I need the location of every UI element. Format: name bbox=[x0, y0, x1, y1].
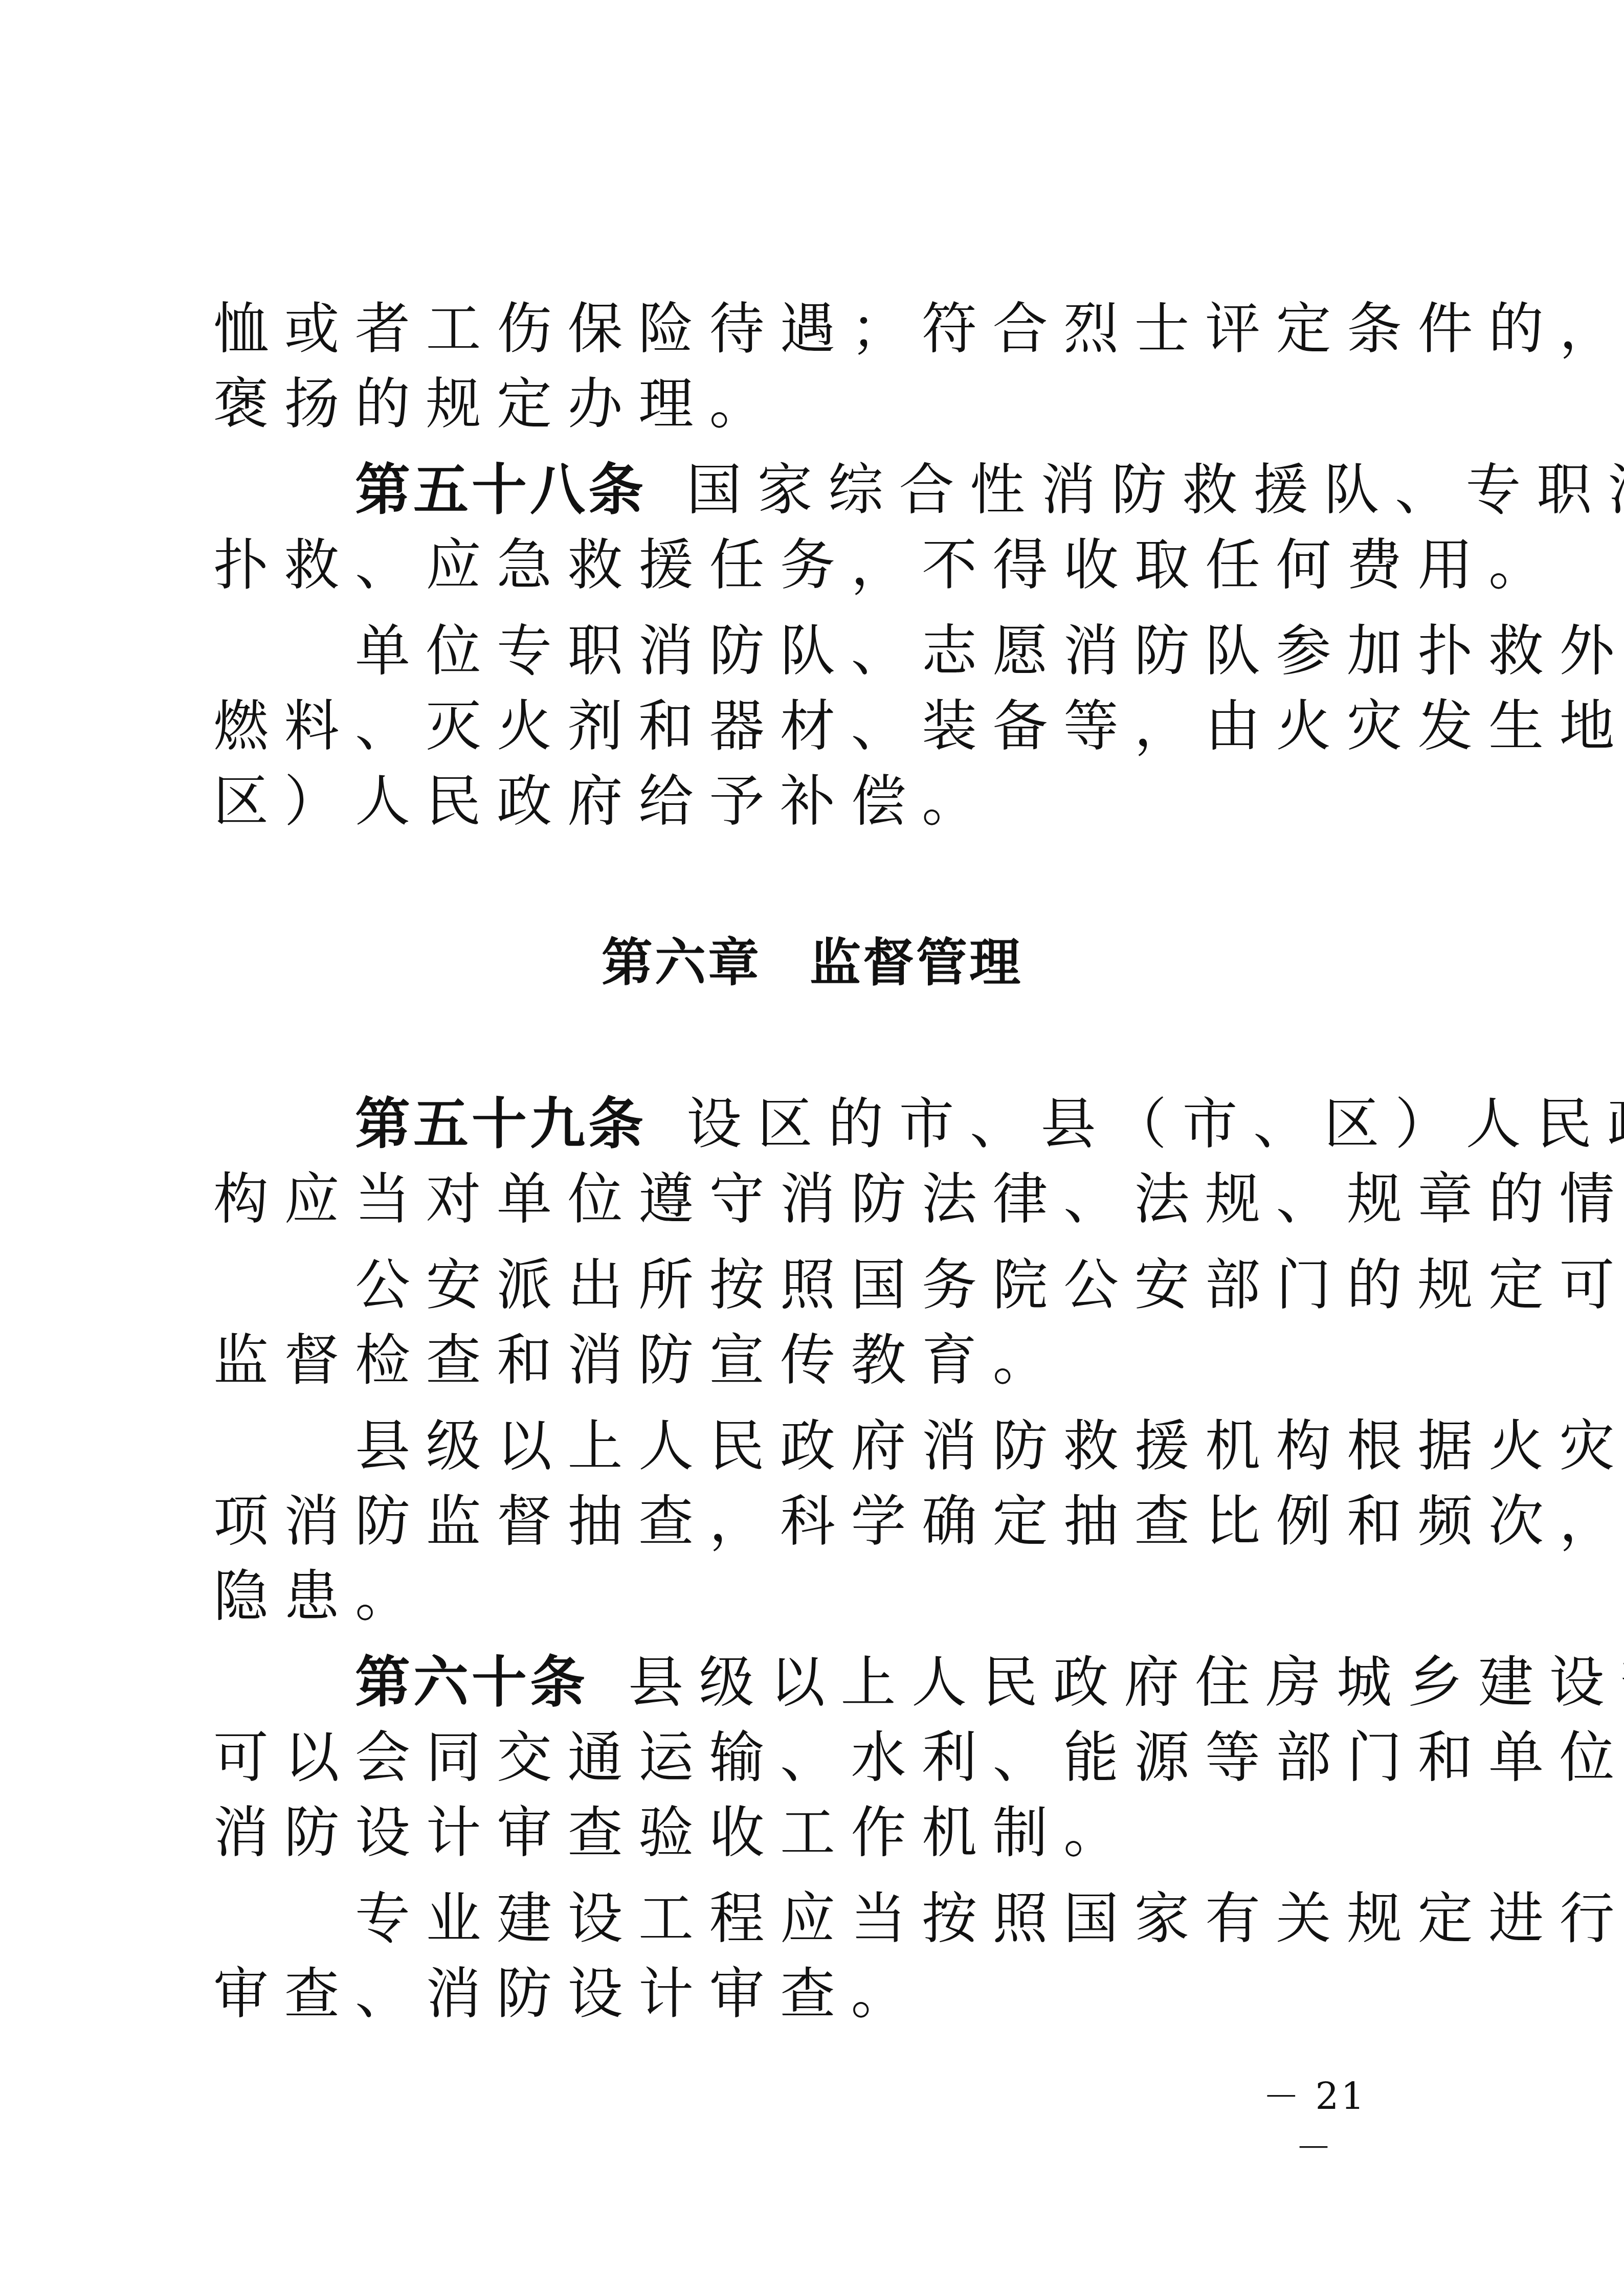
paragraph-line: 燃料、灭火剂和器材、装备等，由火灾发生地设区的市、县（市、 bbox=[213, 689, 1624, 764]
article-60-first-line: 第六十条县级以上人民政府住房城乡建设部门根据需要， bbox=[355, 1645, 1624, 1720]
paragraph-line: 区）人民政府给予补偿。 bbox=[213, 764, 993, 839]
paragraph-line: 审查、消防设计审查。 bbox=[213, 1956, 922, 2032]
article-number: 第五十八条 bbox=[355, 458, 647, 522]
paragraph-line: 隐患。 bbox=[213, 1559, 426, 1634]
paragraph-line: 单位专职消防队、志愿消防队参加扑救外单位火灾所损耗的 bbox=[355, 614, 1624, 689]
document-page: 恤或者工伤保险待遇；符合烈士评定条件的，按照国家有关烈士 褒扬的规定办理。 第五… bbox=[0, 0, 1624, 2296]
paragraph-line: 扑救、应急救援任务，不得收取任何费用。 bbox=[213, 528, 1560, 603]
paragraph-line: 专业建设工程应当按照国家有关规定进行施工图设计文件 bbox=[355, 1881, 1624, 1956]
paragraph-line: 项消防监督抽查，科学确定抽查比例和频次，及时督促整改火灾 bbox=[213, 1484, 1624, 1559]
article-number: 第六十条 bbox=[355, 1651, 588, 1715]
paragraph-line: 监督检查和消防宣传教育。 bbox=[213, 1323, 1063, 1398]
article-number: 第五十九条 bbox=[355, 1092, 647, 1156]
chapter-heading: 第六章监督管理 bbox=[0, 925, 1624, 1001]
article-59-first-line: 第五十九条设区的市、县（市、区）人民政府消防救援机 bbox=[355, 1087, 1624, 1162]
paragraph-line: 消防设计审查验收工作机制。 bbox=[213, 1795, 1134, 1871]
chapter-number: 第六章 bbox=[602, 933, 761, 993]
paragraph-line: 公安派出所按照国务院公安部门的规定可以开展日常消防 bbox=[355, 1248, 1624, 1323]
paragraph-text: 设区的市、县（市、区）人民政府消防救援机 bbox=[686, 1092, 1624, 1156]
paragraph-line: 可以会同交通运输、水利、能源等部门和单位建立专业建设工程 bbox=[213, 1720, 1624, 1795]
paragraph-line: 县级以上人民政府消防救援机构根据火灾防控需要，组织专 bbox=[355, 1409, 1624, 1484]
paragraph-text: 县级以上人民政府住房城乡建设部门根据需要， bbox=[628, 1651, 1624, 1715]
paragraph-line: 恤或者工伤保险待遇；符合烈士评定条件的，按照国家有关烈士 bbox=[213, 291, 1624, 367]
paragraph-text: 国家综合性消防救援队、专职消防队执行火灾 bbox=[686, 458, 1624, 522]
page-number: － 21 － bbox=[1243, 2071, 1386, 2122]
paragraph-line: 褒扬的规定办理。 bbox=[213, 367, 780, 442]
article-58-first-line: 第五十八条国家综合性消防救援队、专职消防队执行火灾 bbox=[355, 453, 1624, 528]
paragraph-line: 构应当对单位遵守消防法律、法规、规章的情况进行监督检查。 bbox=[213, 1162, 1624, 1237]
chapter-title: 监督管理 bbox=[810, 933, 1022, 993]
